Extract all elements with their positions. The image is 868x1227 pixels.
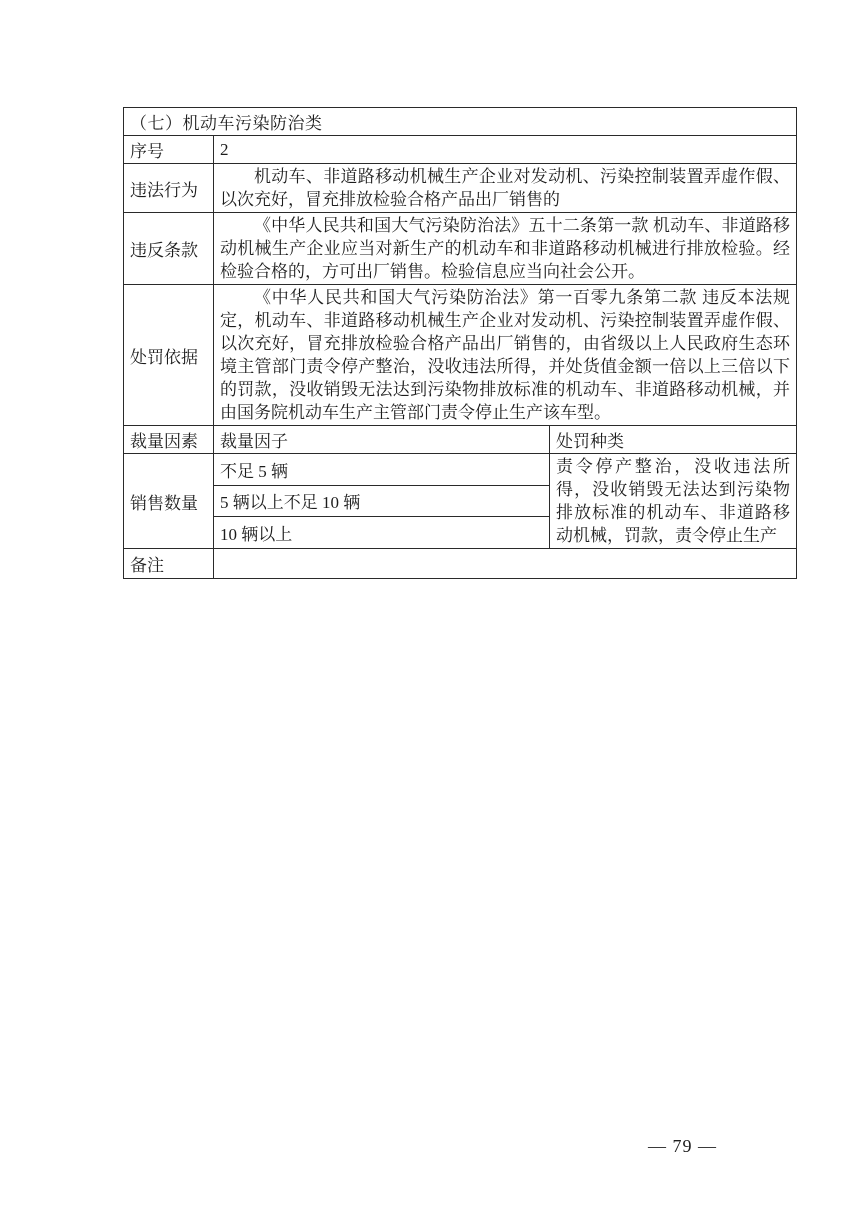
sales-tier-1: 不足 5 辆 <box>214 454 550 486</box>
penalty-type-text: 责令停产整治，没收违法所得，没收销毁无法达到污染物排放标准的机动车、非道路移动机… <box>550 454 797 549</box>
document-page: （七）机动车污染防治类 序号 2 违法行为 机动车、非道路移动机械生产企业对发动… <box>0 0 868 1227</box>
penalty-type-header: 处罚种类 <box>550 426 797 454</box>
illegal-act-cell: 机动车、非道路移动机械生产企业对发动机、污染控制装置弄虚作假、以次充好，冒充排放… <box>214 164 797 213</box>
penalty-basis-text: 《中华人民共和国大气污染防治法》第一百零九条第二款 违反本法规定，机动车、非道路… <box>220 286 790 424</box>
remarks-label: 备注 <box>124 549 214 579</box>
violated-clause-label: 违反条款 <box>124 213 214 285</box>
sales-tier-3: 10 辆以上 <box>214 517 550 549</box>
table-row: 序号 2 <box>124 136 797 164</box>
sales-quantity-label: 销售数量 <box>124 454 214 549</box>
violated-clause-cell: 《中华人民共和国大气污染防治法》五十二条第一款 机动车、非道路移动机械生产企业应… <box>214 213 797 285</box>
table-row: 备注 <box>124 549 797 579</box>
penalty-discretion-table: （七）机动车污染防治类 序号 2 违法行为 机动车、非道路移动机械生产企业对发动… <box>123 107 797 579</box>
table-row: 销售数量 不足 5 辆 责令停产整治，没收违法所得，没收销毁无法达到污染物排放标… <box>124 454 797 486</box>
remarks-value <box>214 549 797 579</box>
page-number: — 79 — <box>648 1136 717 1157</box>
table-row: （七）机动车污染防治类 <box>124 108 797 136</box>
violated-clause-text: 《中华人民共和国大气污染防治法》五十二条第一款 机动车、非道路移动机械生产企业应… <box>220 214 790 283</box>
table-row: 裁量因素 裁量因子 处罚种类 <box>124 426 797 454</box>
serial-value: 2 <box>214 136 797 164</box>
penalty-basis-label: 处罚依据 <box>124 285 214 426</box>
table-row: 违反条款 《中华人民共和国大气污染防治法》五十二条第一款 机动车、非道路移动机械… <box>124 213 797 285</box>
table-row: 处罚依据 《中华人民共和国大气污染防治法》第一百零九条第二款 违反本法规定，机动… <box>124 285 797 426</box>
penalty-basis-cell: 《中华人民共和国大气污染防治法》第一百零九条第二款 违反本法规定，机动车、非道路… <box>214 285 797 426</box>
illegal-act-label: 违法行为 <box>124 164 214 213</box>
table-row: 违法行为 机动车、非道路移动机械生产企业对发动机、污染控制装置弄虚作假、以次充好… <box>124 164 797 213</box>
serial-label: 序号 <box>124 136 214 164</box>
illegal-act-text: 机动车、非道路移动机械生产企业对发动机、污染控制装置弄虚作假、以次充好，冒充排放… <box>220 165 790 211</box>
discretion-factor-header: 裁量因子 <box>214 426 550 454</box>
sales-tier-2: 5 辆以上不足 10 辆 <box>214 485 550 517</box>
category-header: （七）机动车污染防治类 <box>124 108 797 136</box>
discretion-factor-label: 裁量因素 <box>124 426 214 454</box>
